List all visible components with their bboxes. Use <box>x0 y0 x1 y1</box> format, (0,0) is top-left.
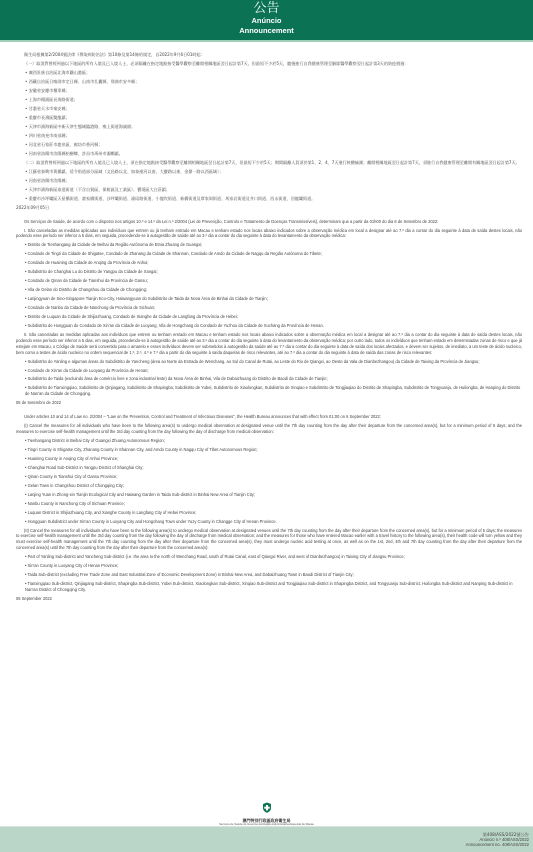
announcement-header: 公告 Anúncio Announcement <box>0 0 533 42</box>
announcement-reference: 第408/ASS/2022號公告 Anúncio n.º 408/ASS/202… <box>466 832 529 848</box>
en-intro: Under articles 10 and 14 of Law no. 2/20… <box>16 414 522 420</box>
list-item: 河南省洛陽市汝陽縣柏樹鄉、許昌市禹州市鴻暢鎮。 <box>16 151 522 157</box>
list-item: Taida Sub-district (excluding Free Trade… <box>16 572 522 578</box>
list-item: 天津市濱海新區中新天津生態城臨港路、寨上街道海誠園； <box>16 124 522 130</box>
section-pt: Os Serviços de Saúde, de acordo com o di… <box>16 219 522 407</box>
pt-intro: Os Serviços de Saúde, de acordo com o di… <box>16 219 522 225</box>
en-para1: (I) Cancel the measures for all individu… <box>16 423 522 435</box>
list-item: Condado de Tingri da Cidade de Shigatse,… <box>16 251 522 257</box>
en-list1: Tieshangang District in Beihai City of G… <box>16 438 522 525</box>
list-item: Condado de Huaining da Cidade de Anqing … <box>16 260 522 266</box>
list-item: Huaining County in Anqing City of Anhui … <box>16 456 522 462</box>
list-item: Tingri County in Shigatse City, Zhanang … <box>16 447 522 453</box>
list-item: Part of Yanling Sub-district and Yanchen… <box>16 554 522 560</box>
zh-list2: 江蘇省泰興市黃橋鎮、延令街道部分區域（文昌路以北、如泰運河以南、大慶路以東、金鼎… <box>16 169 522 202</box>
list-item: Condado de Xin'an da Cidade de Luoyang d… <box>16 368 522 374</box>
pt-para1: I. São canceladas as medidas aplicadas a… <box>16 228 522 240</box>
list-item: 四川省南充市南部縣； <box>16 133 522 139</box>
list-item: Vila de Gelan do Distrito de Changshou d… <box>16 287 522 293</box>
footer-band: 第408/ASS/2022號公告 Anúncio n.º 408/ASS/202… <box>0 826 533 852</box>
en-para2: (II) Cancel the measures for all individ… <box>16 528 522 551</box>
title-pt: Anúncio <box>0 16 533 26</box>
list-item: Distrito de Tieshangang da Cidade de Bei… <box>16 242 522 248</box>
pt-date: 05 de Setembro de 2022 <box>16 400 522 406</box>
list-item: Tieshangang District in Beihai City of G… <box>16 438 522 444</box>
zh-list1: 廣西壯族自治區北海市鐵山港區； 西藏自治區日喀則市定日縣、山南市扎囊縣、那曲市安… <box>16 70 522 157</box>
list-item: 重慶市長壽區雙龍鎮； <box>16 115 522 121</box>
list-item: Subdistrito de Taida (excluindo área de … <box>16 376 522 382</box>
list-item: Gelan Town in Changshou District of Chon… <box>16 483 522 489</box>
list-item: Subdistrito de Changhai Lu do Distrito d… <box>16 269 522 275</box>
announcement-body: 衛生局根據第2/2004號法律《傳染病防治法》第10條及第14條的規定，自202… <box>16 52 522 610</box>
list-item: Tianxingqiao Sub-district, Qinjiagang Su… <box>16 581 522 593</box>
zh-intro: 衛生局根據第2/2004號法律《傳染病防治法》第10條及第14條的規定，自202… <box>16 52 522 58</box>
list-item: Lanjing Yuan in Zhong-xin Tianjin Ecolog… <box>16 492 522 498</box>
list-item: 安徽省安慶市懷寧縣； <box>16 88 522 94</box>
list-item: 甘肅省天水市秦安縣； <box>16 106 522 112</box>
list-item: Xin'an County in Luoyang City of Henan P… <box>16 563 522 569</box>
list-item: 河南省洛陽市汝陽縣； <box>16 178 522 184</box>
ref-en: Announcement no. 408/ASS/2022 <box>466 842 529 847</box>
zh-para2: （二）取消對曾經到過以下地區的所有入境及已入境人士，須在指定地點接受醫學觀察至離… <box>16 160 522 166</box>
zh-date: 2022年09月05日 <box>16 205 522 211</box>
list-item: 重慶市沙坪壩區天星橋街道、童家橋街道、沙坪壩街道、渝碚路街道、小龍坎街道、新橋街… <box>16 196 522 202</box>
health-bureau-cross-icon <box>262 800 272 811</box>
section-zh: 衛生局根據第2/2004號法律《傳染病防治法》第10條及第14條的規定，自202… <box>16 52 522 211</box>
zh-para1: （一）取消對曾經到過以下地區的所有入境及已入境人士，必須隔離在指定地點接受醫學觀… <box>16 61 522 67</box>
en-list2: Part of Yanling Sub-district and Yanchen… <box>16 554 522 593</box>
list-item: 天津市濱海新區泰達街道（不含自貿區、保稅區及工業區）、寶坻區大白莊鎮； <box>16 187 522 193</box>
list-item: Lanjingyuan de Sino-Singapore Tianjin Ec… <box>16 296 522 302</box>
list-item: Qinan County in Tianshui City of Gansu P… <box>16 474 522 480</box>
list-item: Luquan District in Shijiazhuang City, an… <box>16 510 522 516</box>
list-item: Hongguan Subdistrict under Xin'an County… <box>16 519 522 525</box>
pt-list2: Subdistrito de Yanling e algumas áreas d… <box>16 359 522 398</box>
title-zh: 公告 <box>0 0 533 16</box>
list-item: 江蘇省泰興市黃橋鎮、延令街道部分區域（文昌路以北、如泰運河以南、大慶路以東、金鼎… <box>16 169 522 175</box>
health-bureau-logo: 澳門特別行政區政府衛生局 Serviços de Saúde do Govern… <box>0 800 533 827</box>
pt-list1: Distrito de Tieshangang da Cidade de Bei… <box>16 242 522 329</box>
list-item: 上海市楊浦區長海路街道； <box>16 97 522 103</box>
list-item: Distrito de Luquan da Cidade de Shijiazh… <box>16 314 522 320</box>
pt-para2: II. São canceladas as medidas aplicadas … <box>16 332 522 355</box>
list-item: Subdistrito de Hongguan do Condado de Xi… <box>16 323 522 329</box>
title-en: Announcement <box>0 26 533 36</box>
section-en: Under articles 10 and 14 of Law no. 2/20… <box>16 414 522 602</box>
list-item: Condado de Qinan da Cidade de Tianshui d… <box>16 278 522 284</box>
list-item: 廣西壯族自治區北海市鐵山港區； <box>16 70 522 76</box>
list-item: Subdistrito de Tianxingqiao, Subdistrito… <box>16 385 522 397</box>
list-item: 河北省石家莊市鹿泉區、廊坊市香河縣； <box>16 142 522 148</box>
list-item: Changhai Road Sub-District in Yangpu Dis… <box>16 465 522 471</box>
list-item: 西藏自治區日喀則市定日縣、山南市扎囊縣、那曲市安多縣； <box>16 79 522 85</box>
list-item: Nanbu County in Nanchong City of Sichuan… <box>16 501 522 507</box>
en-date: 05 September 2022 <box>16 596 522 602</box>
list-item: Condado de Nanbu da Cidade de Nanchong d… <box>16 305 522 311</box>
list-item: Subdistrito de Yanling e algumas áreas d… <box>16 359 522 365</box>
